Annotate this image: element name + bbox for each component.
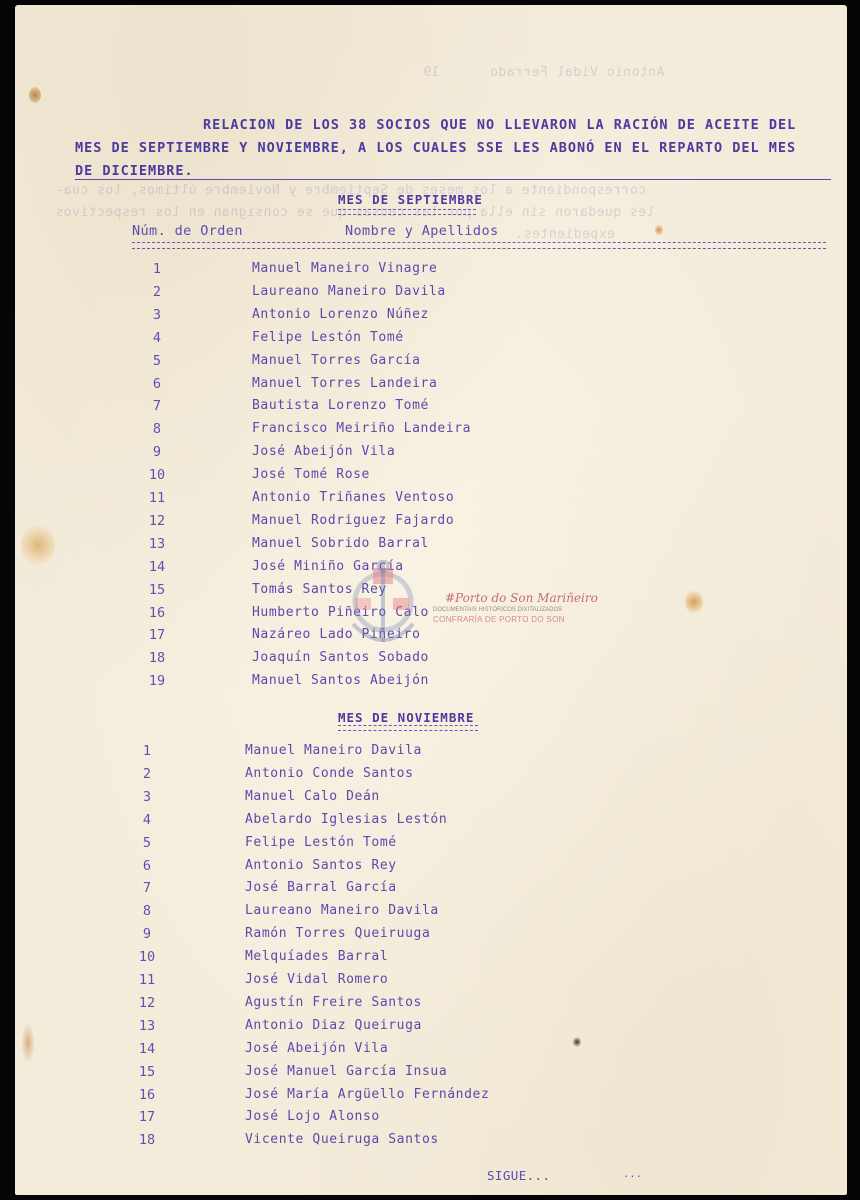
member-name: Laureano Maneiro Davila: [245, 903, 439, 918]
order-number: 7: [137, 398, 177, 414]
order-number: 13: [137, 536, 177, 552]
order-number: 14: [137, 559, 177, 575]
order-number: 11: [137, 490, 177, 506]
continued-footer: SIGUE...: [487, 1168, 550, 1183]
order-number: 13: [127, 1018, 167, 1034]
order-number: 2: [127, 766, 167, 782]
order-number: 12: [127, 995, 167, 1011]
watermark-brand: #Porto do Son Mariñeiro: [445, 591, 598, 605]
section-title-september: MES DE SEPTIEMBRE: [338, 192, 483, 207]
member-name: Manuel Torres García: [252, 353, 421, 368]
stain-right-mid: [685, 590, 703, 614]
member-name: Ramón Torres Queiruuga: [245, 926, 430, 941]
title-line-3: DE DICIEMBRE.: [75, 163, 194, 179]
order-number: 15: [127, 1064, 167, 1080]
member-name: Antonio Diaz Queiruga: [245, 1018, 422, 1033]
watermark-subtitle: DOCUMENTAIS HISTÓRICOS DIXITALIZADOS: [433, 607, 562, 613]
footer-dots: ...: [623, 1169, 642, 1180]
order-number: 1: [127, 743, 167, 759]
order-number: 9: [137, 444, 177, 460]
member-name: Manuel Santos Abeijón: [252, 673, 429, 688]
order-number: 3: [127, 789, 167, 805]
member-name: José Lojo Alonso: [245, 1109, 380, 1124]
member-name: Abelardo Iglesias Lestón: [245, 812, 447, 827]
member-name: José María Argüello Fernández: [245, 1087, 489, 1102]
member-name: Manuel Maneiro Davila: [245, 743, 422, 758]
member-name: Joaquín Santos Sobado: [252, 650, 429, 665]
order-number: 4: [137, 330, 177, 346]
anchor-watermark-icon: [345, 560, 425, 650]
order-number: 7: [127, 880, 167, 896]
order-number: 5: [127, 835, 167, 851]
title-underline: [75, 179, 831, 180]
order-number: 12: [137, 513, 177, 529]
stain-dot: [655, 224, 663, 236]
stain-dot-lower: [573, 1037, 581, 1047]
member-name: Laureano Maneiro Davila: [252, 284, 446, 299]
order-number: 10: [127, 949, 167, 965]
order-number: 8: [137, 421, 177, 437]
stain-left-top: [29, 87, 41, 103]
member-name: Antonio Lorenzo Núñez: [252, 307, 429, 322]
order-number: 14: [127, 1041, 167, 1057]
member-name: Antonio Conde Santos: [245, 766, 414, 781]
column-header-number: Núm. de Orden: [132, 223, 243, 239]
member-name: Manuel Rodriguez Fajardo: [252, 513, 454, 528]
order-number: 4: [127, 812, 167, 828]
section-title-underline: [338, 209, 476, 215]
order-number: 17: [137, 627, 177, 643]
watermark-org: CONFRARÍA DE PORTO DO SON: [433, 615, 565, 624]
order-number: 10: [137, 467, 177, 483]
mirrored-ghost-header: Antonio Vidal Ferrado 19: [423, 65, 664, 80]
member-name: Manuel Torres Landeira: [252, 376, 437, 391]
member-name: Vicente Queiruga Santos: [245, 1132, 439, 1147]
member-name: José Abeijón Vila: [252, 444, 395, 459]
order-number: 6: [127, 858, 167, 874]
order-number: 19: [137, 673, 177, 689]
section-title-november: MES DE NOVIEMBRE: [338, 710, 474, 725]
member-name: Antonio Santos Rey: [245, 858, 397, 873]
order-number: 15: [137, 582, 177, 598]
order-number: 11: [127, 972, 167, 988]
member-name: Bautista Lorenzo Tomé: [252, 398, 429, 413]
member-name: Felipe Lestón Tomé: [252, 330, 404, 345]
member-name: Manuel Maneiro Vinagre: [252, 261, 437, 276]
member-name: Manuel Calo Deán: [245, 789, 380, 804]
order-number: 6: [137, 376, 177, 392]
title-line-2: MES DE SEPTIEMBRE Y NOVIEMBRE, A LOS CUA…: [75, 140, 796, 156]
member-name: José Tomé Rose: [252, 467, 370, 482]
stain-left-mid: [21, 523, 55, 567]
member-name: Melquíades Barral: [245, 949, 388, 964]
ghost-line-3: expedientes.: [515, 227, 615, 242]
order-number: 8: [127, 903, 167, 919]
member-name: Manuel Sobrido Barral: [252, 536, 429, 551]
member-name: José Manuel García Insua: [245, 1064, 447, 1079]
member-name: Agustín Freire Santos: [245, 995, 422, 1010]
document-page: Antonio Vidal Ferrado 19 RELACION DE LOS…: [15, 5, 847, 1195]
order-number: 18: [137, 650, 177, 666]
order-number: 9: [127, 926, 167, 942]
order-number: 5: [137, 353, 177, 369]
order-number: 2: [137, 284, 177, 300]
order-number: 3: [137, 307, 177, 323]
order-number: 17: [127, 1109, 167, 1125]
member-name: José Barral García: [245, 880, 397, 895]
order-number: 18: [127, 1132, 167, 1148]
title-line-1: RELACION DE LOS 38 SOCIOS QUE NO LLEVARO…: [203, 117, 796, 133]
section-title-underline-2: [338, 725, 478, 731]
member-name: José Vidal Romero: [245, 972, 388, 987]
member-name: Antonio Triñanes Ventoso: [252, 490, 454, 505]
order-number: 16: [137, 605, 177, 621]
member-name: José Abeijón Vila: [245, 1041, 388, 1056]
order-number: 16: [127, 1087, 167, 1103]
order-number: 1: [137, 261, 177, 277]
member-name: Felipe Lestón Tomé: [245, 835, 397, 850]
header-double-rule: [132, 242, 826, 249]
column-header-name: Nombre y Apellidos: [345, 223, 499, 239]
stain-left-low: [21, 1023, 35, 1063]
member-name: Francisco Meiriño Landeira: [252, 421, 471, 436]
